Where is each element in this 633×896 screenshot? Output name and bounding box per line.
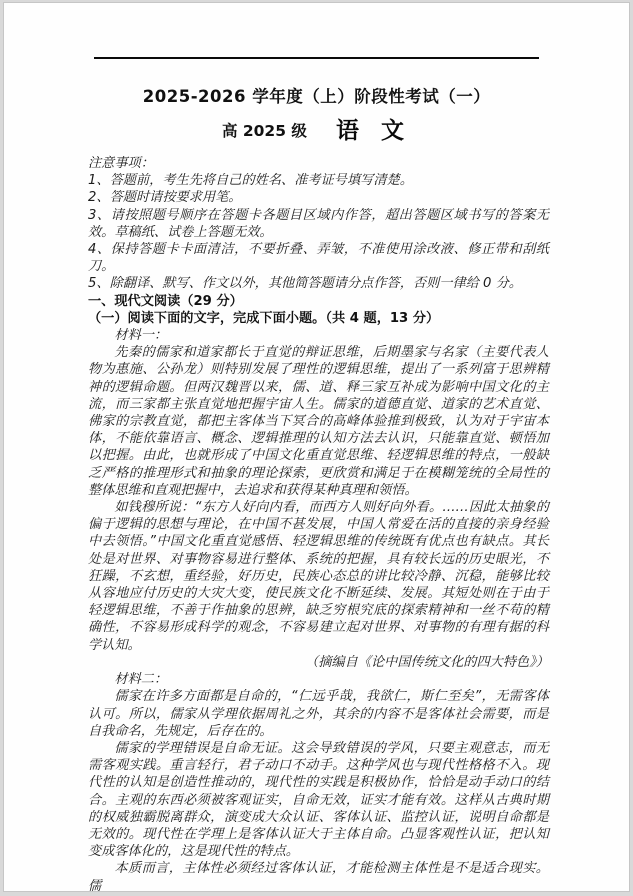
section-heading: 一、现代文阅读（29 分）	[88, 293, 549, 310]
section-subheading: （一）阅读下面的文字，完成下面小题。（共 4 题，13 分）	[88, 310, 549, 327]
material-2-paragraph-2: 儒家的学理错误是自命无证。这会导致错误的学风，只要主观意志，而无需客观实践。重言…	[88, 740, 549, 860]
document-viewport: 2025-2026 学年度（上）阶段性考试（一） 高 2025 级 语 文 注意…	[0, 0, 633, 896]
material-2-paragraph-3: 本质而言，主体性必须经过客体认证，才能检测主体性是不是适合现实。儒	[88, 860, 549, 894]
material-1-source: （摘编自《论中国传统文化的四大特色》）	[88, 654, 549, 671]
exam-session-title: 2025-2026 学年度（上）阶段性考试（一）	[4, 83, 629, 107]
notice-item-1: 1、答题前，考生先将自己的姓名、准考证号填写清楚。	[88, 172, 549, 189]
exam-page: 2025-2026 学年度（上）阶段性考试（一） 高 2025 级 语 文 注意…	[3, 2, 630, 892]
material-1-label: 材料一：	[88, 327, 549, 344]
page-content: 注意事项： 1、答题前，考生先将自己的姓名、准考证号填写清楚。 2、答题时请按要…	[4, 155, 629, 895]
material-1-paragraph-1: 先秦的儒家和道家都长于直觉的辩证思维，后期墨家与名家（主要代表人物为惠施、公孙龙…	[88, 344, 549, 499]
subject-title: 语 文	[336, 112, 411, 145]
material-2-label: 材料二：	[88, 671, 549, 688]
exam-title-line: 高 2025 级 语 文	[4, 112, 629, 145]
material-2-paragraph-1: 儒家在许多方面都是自命的，“仁远乎哉，我欲仁，斯仁至矣”，无需客体认可。所以，儒…	[88, 688, 549, 740]
notice-item-2: 2、答题时请按要求用笔。	[88, 189, 549, 206]
material-1-paragraph-2: 如钱穆所说：“东方人好向内看，而西方人则好向外看。……因此太抽象的偏于逻辑的思想…	[88, 499, 549, 654]
notice-title: 注意事项：	[88, 155, 549, 172]
grade-label: 高 2025 级	[222, 119, 307, 141]
notice-item-5: 5、除翻译、默写、作文以外，其他简答题请分点作答，否则一律给 0 分。	[88, 275, 549, 292]
notice-item-4: 4、保持答题卡卡面清洁，不要折叠、弄皱，不准使用涂改液、修正带和刮纸刀。	[88, 241, 549, 275]
notice-item-3: 3、请按照题号顺序在答题卡各题目区域内作答，超出答题区域书写的答案无效。草稿纸、…	[88, 207, 549, 241]
header-rule	[94, 57, 539, 59]
